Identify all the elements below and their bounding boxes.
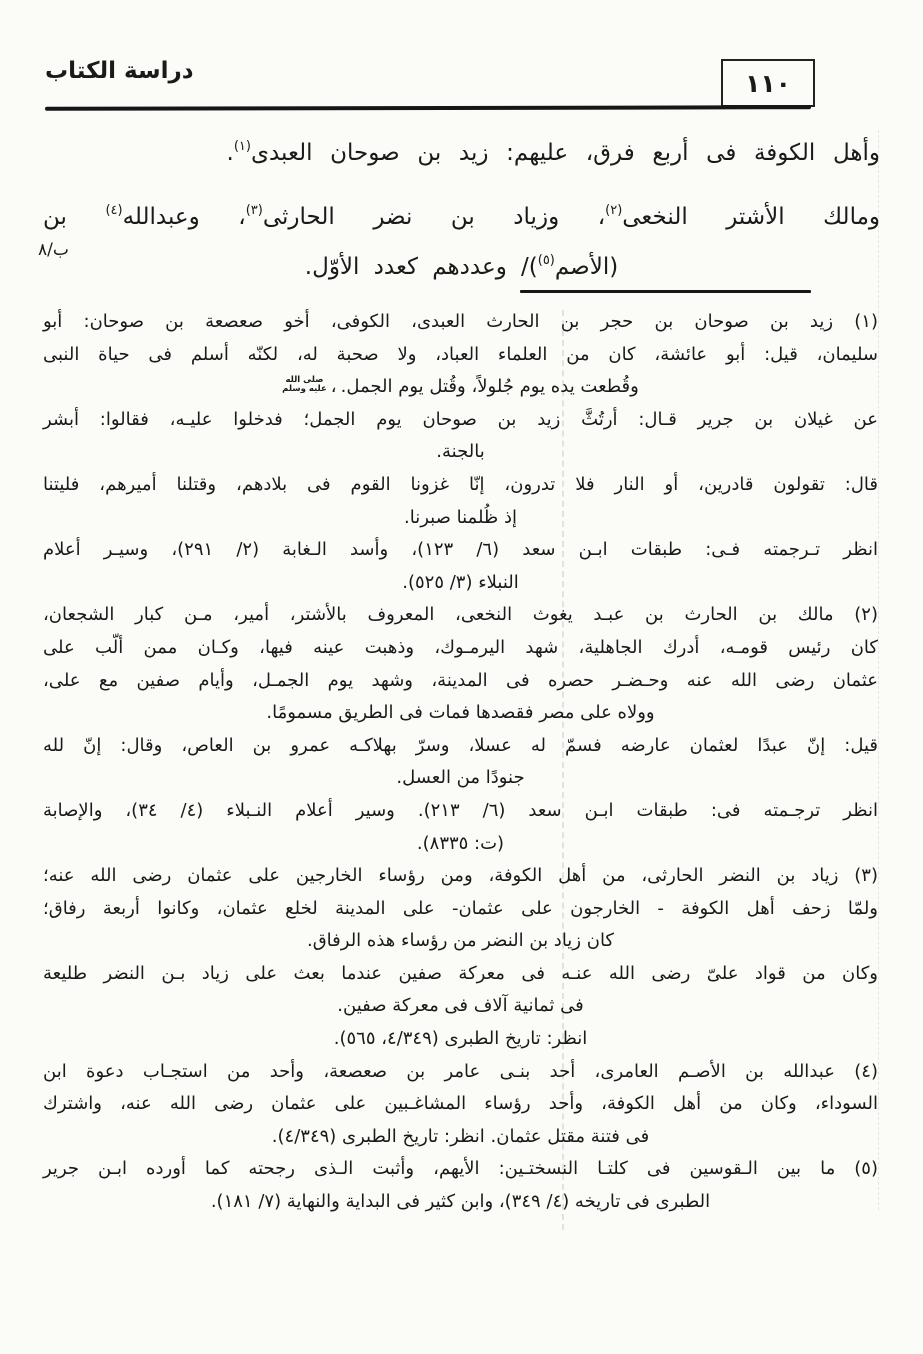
footnote-line: (١) زيد بن صوحان بن حجر بن الحارث العبدى… [43, 306, 878, 339]
footnote-line: قال: تقولون قادرين، أو النار فلا تدرون، … [43, 469, 878, 502]
folio-marker: ٨/ب [38, 240, 69, 260]
header-rule [45, 105, 811, 111]
footnote-line: جنودًا من العسل. [43, 762, 878, 795]
main-text-segment: )/ وعددهم كعدد الأوّل. [305, 254, 538, 280]
footnote-line: انظر ترجـمته فى: طبقات ابـن سعد (٦/ ٢١٣)… [43, 795, 878, 828]
main-text-segment: ، وعبدالله [123, 204, 246, 230]
footnote-line: إذ ظُلمنا صبرنا. [43, 502, 878, 535]
footnote-2: (٢) مالك بن الحارث بن عبـد يغوث النخعى، … [43, 599, 878, 860]
footnote-line: بالجنة. [43, 436, 878, 469]
footnote-line: (ت: ٨٣٣٥). [43, 828, 878, 861]
footnote-line: وولاه على مصر فقصدها فمات فى الطريق مسمو… [43, 697, 878, 730]
running-head-title: دراسة الكتاب [45, 58, 194, 84]
stamp-text: عليه وسلم [282, 385, 327, 394]
main-text-segment: ، وزياد بن نضر الحارثى [263, 204, 605, 230]
footnote-separator-rule [520, 290, 811, 293]
main-text-segment: بن [43, 204, 105, 230]
footnote-1: (١) زيد بن صوحان بن حجر بن الحارث العبدى… [43, 306, 878, 599]
footnote-line: وكان من قواد علىّ رضى الله عنـه فى معركة… [43, 958, 878, 991]
footnote-line: (٤) عبدالله بن الأصـم العامرى، أحد بنـى … [43, 1056, 878, 1089]
main-text-line: ومالك الأشتر النخعى(٢)، وزياد بن نضر الح… [43, 190, 880, 240]
footnote-ref-1: (١) [234, 124, 251, 170]
main-text-block: وأهل الكوفة فى أربع فرق، عليهم: زيد بن ص… [43, 126, 880, 290]
footnote-line: الطبرى فى تاريخه (٤/ ٣٤٩)، وابن كثير فى … [43, 1186, 878, 1219]
book-page: دراسة الكتاب ١١٠ وأهل الكوفة فى أربع فرق… [0, 0, 923, 1354]
footnotes-block: (١) زيد بن صوحان بن حجر بن الحارث العبدى… [43, 306, 878, 1219]
footnote-line: (٢) مالك بن الحارث بن عبـد يغوث النخعى، … [43, 599, 878, 632]
footnote-4: (٤) عبدالله بن الأصـم العامرى، أحد بنـى … [43, 1056, 878, 1154]
footnote-5: (٥) ما بين الـقوسين فى كلتـا النسختـين: … [43, 1153, 878, 1218]
footnote-line: كان رئيس قومـه، أدرك الجاهلية، شهد اليرم… [43, 632, 878, 665]
main-text-segment: وأهل الكوفة فى أربع فرق، عليهم: زيد بن ص… [251, 140, 880, 166]
footnote-line: انظر: تاريخ الطبرى (٤/٣٤٩، ٥٦٥). [43, 1023, 878, 1056]
footnote-ref-5: (٥) [538, 238, 555, 284]
main-text-segment: ومالك الأشتر النخعى [622, 204, 880, 230]
footnote-ref-4: (٤) [105, 188, 122, 234]
main-text-segment: . [227, 140, 234, 166]
footnote-line: النبلاء (٣/ ٥٢٥). [43, 567, 878, 600]
footnote-text: وقُطعت يده يوم جُلولاً، وقُتل يوم الجمل. [341, 371, 639, 404]
footnote-ref-2: (٢) [605, 188, 622, 234]
footnote-line: فى فتنة مقتل عثمان. انظر: تاريخ الطبرى (… [43, 1121, 878, 1154]
footnote-line: فى ثمانية آلاف فى معركة صفين. [43, 990, 878, 1023]
salla-alayhi-wasallam-stamp: صلى اللهعليه وسلم [282, 376, 327, 394]
footnote-line: كان زياد بن النضر من رؤساء هذه الرفاق. [43, 925, 878, 958]
stamp-comma: ، [331, 371, 337, 404]
footnote-line: (٣) زياد بن النضر الحارثى، من أهل الكوفة… [43, 860, 878, 893]
footnote-line: صلى اللهعليه وسلم ، وقُطعت يده يوم جُلول… [43, 371, 878, 404]
footnote-line: عثمان رضى الله عنه وحـضـر حصره فى المدين… [43, 665, 878, 698]
scan-artifact-dotted-line [878, 130, 879, 1210]
page-number-box: ١١٠ [721, 59, 815, 107]
footnote-line: عن غيلان بن جرير قـال: أرتُثَّ زيد بن صو… [43, 404, 878, 437]
footnote-line: قيل: إنّ عبدًا لعثمان عارضه فسمّ له عسلا… [43, 730, 878, 763]
main-text-segment: (الأصم [555, 254, 618, 280]
footnote-line: ولمّا زحف أهل الكوفة - الخارجون على عثما… [43, 893, 878, 926]
main-text-line: وأهل الكوفة فى أربع فرق، عليهم: زيد بن ص… [43, 126, 880, 176]
footnote-ref-3: (٣) [246, 188, 263, 234]
main-text-line: (الأصم(٥))/ وعددهم كعدد الأوّل. [43, 240, 880, 290]
page-number: ١١٠ [745, 69, 791, 98]
footnote-line: انظر تـرجمته فـى: طبقات ابـن سعد (٦/ ١٢٣… [43, 534, 878, 567]
footnote-line: (٥) ما بين الـقوسين فى كلتـا النسختـين: … [43, 1153, 878, 1186]
footnote-3: (٣) زياد بن النضر الحارثى، من أهل الكوفة… [43, 860, 878, 1056]
footnote-line: سليمان، قيل: أبو عائشة، كان من العلماء ا… [43, 339, 878, 372]
footnote-line: السوداء، وكان من أهل الكوفة، وأحد رؤساء … [43, 1088, 878, 1121]
